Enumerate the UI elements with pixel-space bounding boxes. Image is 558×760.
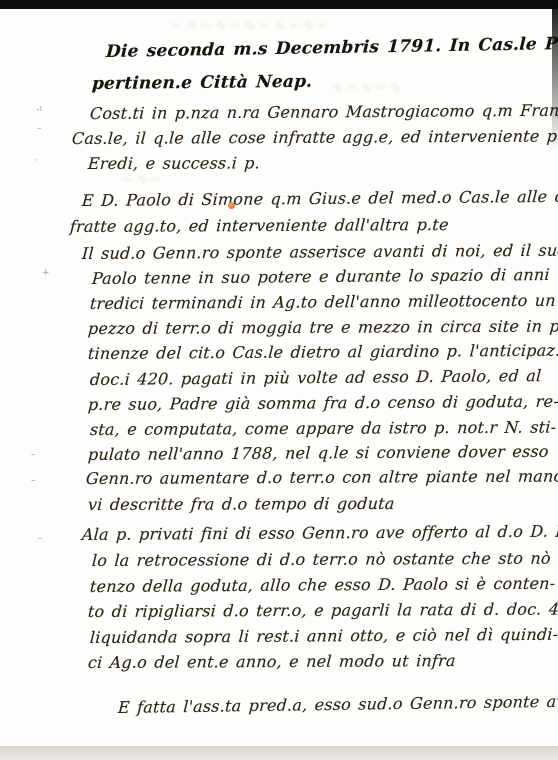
bleedthrough-mark: ∿∼∿∼∿ bbox=[330, 78, 403, 96]
manuscript-line: tredici terminandi in Ag.to dell'anno mi… bbox=[89, 291, 556, 313]
manuscript-line: doc.i 420. pagati in più volte ad esso D… bbox=[89, 366, 542, 389]
manuscript-line: ci Ag.o del ent.e anno, e nel modo ut in… bbox=[87, 651, 456, 672]
manuscript-line: to di ripigliarsi d.o terr.o, e pagarli … bbox=[87, 599, 558, 621]
manuscript-line: tinenze del cit.o Cas.le dietro al giard… bbox=[87, 340, 558, 363]
scanned-document-page: ∼∿∼∿∼∿∼∿∼∿∼∿∼∿∼∿∼∿∼ Die seconda m.s Dece… bbox=[0, 0, 558, 760]
manuscript-line: p.re suo, Padre già somma fra d.o censo … bbox=[87, 392, 558, 414]
manuscript-paper-sheet: ∼∿∼∿∼∿∼∿∼∿∼∿∼∿∼∿∼∿∼ Die seconda m.s Dece… bbox=[0, 0, 558, 760]
manuscript-line: pulato nell'anno 1788, nel q.le si convi… bbox=[87, 442, 549, 464]
margin-mark: – bbox=[37, 124, 42, 134]
manuscript-line: Cost.ti in p.nza n.ra Gennaro Mastrogiac… bbox=[89, 100, 558, 123]
manuscript-line: pertinen.e Città Neap. bbox=[91, 72, 313, 94]
manuscript-line: Paolo tenne in suo potere e durante lo s… bbox=[91, 265, 550, 288]
manuscript-line: liquidanda sopra li rest.i anni otto, e … bbox=[89, 625, 558, 647]
margin-mark: – bbox=[31, 450, 36, 460]
margin-mark: + bbox=[42, 268, 50, 278]
bleedthrough-mark: ∼∿∼∿∼∿∼∿∼∿∼ bbox=[170, 16, 330, 34]
manuscript-line: vi descritte fra d.o tempo di goduta bbox=[87, 494, 395, 514]
ink-wax-dot bbox=[228, 202, 235, 209]
manuscript-line: Die seconda m.s Decembris 1791. In Cas.l… bbox=[105, 33, 558, 62]
margin-mark: – bbox=[31, 476, 36, 486]
margin-mark: ⌣ bbox=[37, 534, 43, 544]
margin-mark: · bbox=[34, 156, 37, 166]
scanner-top-band bbox=[0, 0, 558, 9]
manuscript-line: tenzo della goduta, allo che esso D. Pao… bbox=[89, 574, 556, 596]
manuscript-line: sta, e computata, come appare da istro p… bbox=[89, 418, 557, 439]
manuscript-line: fratte agg.to, ed interveniente dall'alt… bbox=[69, 215, 449, 236]
manuscript-line: Cas.le, il q.le alle cose infratte agg.e… bbox=[71, 126, 558, 148]
manuscript-line: E fatta l'ass.ta pred.a, esso sud.o Genn… bbox=[117, 691, 558, 717]
manuscript-line: pezzo di terr.o di moggia tre e mezzo in… bbox=[87, 316, 558, 338]
manuscript-line: Ala p. privati fini di esso Genn.ro ave … bbox=[81, 521, 558, 544]
manuscript-line: lo la retrocessione di d.o terr.o nò ost… bbox=[91, 548, 558, 570]
manuscript-line: Eredi, e success.i p. bbox=[87, 153, 260, 173]
margin-mark: ⠴ bbox=[36, 104, 43, 114]
manuscript-line: E D. Paolo di Simone q.m Gius.e del med.… bbox=[81, 186, 558, 210]
manuscript-line: Genn.ro aumentare d.o terr.o con altre p… bbox=[85, 466, 558, 488]
manuscript-line: Il sud.o Genn.ro sponte asserisce avanti… bbox=[81, 240, 558, 263]
scanner-right-edge-shadow bbox=[552, 0, 558, 150]
